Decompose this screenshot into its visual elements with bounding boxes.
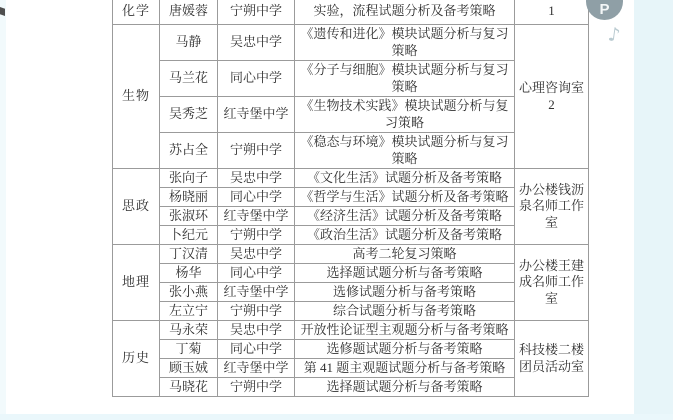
topic-cell: 《分子与细胞》模块试题分析与复习策略 bbox=[295, 61, 515, 97]
school-cell: 同心中学 bbox=[218, 61, 295, 97]
teacher-name-cell: 张淑环 bbox=[160, 207, 218, 226]
school-cell: 红寺堡中学 bbox=[218, 207, 295, 226]
topic-cell: 《遗传和进化》模块试题分析与复习策略 bbox=[295, 25, 515, 61]
location-cell: 1 bbox=[515, 0, 589, 25]
table-row: 地理丁汉清吴忠中学高考二轮复习策略办公楼王建成名师工作室 bbox=[113, 245, 589, 264]
school-cell: 红寺堡中学 bbox=[218, 97, 295, 133]
teacher-name-cell: 马静 bbox=[160, 25, 218, 61]
table-row: 生物马静吴忠中学《遗传和进化》模块试题分析与复习策略心理咨询室 2 bbox=[113, 25, 589, 61]
topic-cell: 综合试题分析与备考策略 bbox=[295, 302, 515, 321]
topic-cell: 高考二轮复习策略 bbox=[295, 245, 515, 264]
topic-cell: 《哲学与生活》试题分析及备考策略 bbox=[295, 188, 515, 207]
photo-viewer-badge-icon[interactable]: P bbox=[586, 0, 623, 20]
school-cell: 吴忠中学 bbox=[218, 169, 295, 188]
page-bottom-margin bbox=[0, 414, 673, 420]
school-cell: 宁朔中学 bbox=[218, 302, 295, 321]
school-cell: 宁朔中学 bbox=[218, 378, 295, 397]
subject-cell: 地理 bbox=[113, 245, 160, 321]
topic-cell: 《稳态与环境》模块试题分析与复习策略 bbox=[295, 133, 515, 169]
topic-cell: 《经济生活》试题分析及备考策略 bbox=[295, 207, 515, 226]
location-cell: 办公楼钱沥泉名师工作室 bbox=[515, 169, 589, 245]
teacher-name-cell: 唐媛蓉 bbox=[160, 0, 218, 25]
teacher-name-cell: 顾玉娀 bbox=[160, 359, 218, 378]
location-cell: 办公楼王建成名师工作室 bbox=[515, 245, 589, 321]
topic-cell: 《文化生活》试题分析及备考策略 bbox=[295, 169, 515, 188]
topic-cell: 《政治生活》试题分析及备考策略 bbox=[295, 226, 515, 245]
teacher-name-cell: 丁菊 bbox=[160, 340, 218, 359]
school-cell: 吴忠中学 bbox=[218, 245, 295, 264]
topic-cell: 《生物技术实践》模块试题分析与复习策略 bbox=[295, 97, 515, 133]
topic-cell: 选修题试题分析与备考策略 bbox=[295, 340, 515, 359]
teacher-name-cell: 杨晓丽 bbox=[160, 188, 218, 207]
school-cell: 吴忠中学 bbox=[218, 321, 295, 340]
school-cell: 同心中学 bbox=[218, 264, 295, 283]
school-cell: 同心中学 bbox=[218, 188, 295, 207]
table-row: 化学唐媛蓉宁朔中学实验，流程试题分析及备考策略1 bbox=[113, 0, 589, 25]
teacher-name-cell: 左立宁 bbox=[160, 302, 218, 321]
teacher-name-cell: 卜纪元 bbox=[160, 226, 218, 245]
topic-cell: 开放性论证型主观题分析与备考策略 bbox=[295, 321, 515, 340]
school-cell: 吴忠中学 bbox=[218, 25, 295, 61]
school-cell: 宁朔中学 bbox=[218, 133, 295, 169]
location-cell: 心理咨询室 2 bbox=[515, 25, 589, 169]
school-cell: 同心中学 bbox=[218, 340, 295, 359]
exam-review-schedule-table: 化学唐媛蓉宁朔中学实验，流程试题分析及备考策略1生物马静吴忠中学《遗传和进化》模… bbox=[112, 0, 589, 397]
location-cell: 科技楼二楼团员活动室 bbox=[515, 321, 589, 397]
teacher-name-cell: 杨华 bbox=[160, 264, 218, 283]
topic-cell: 实验，流程试题分析及备考策略 bbox=[295, 0, 515, 25]
teacher-name-cell: 丁汉清 bbox=[160, 245, 218, 264]
subject-cell: 生物 bbox=[113, 25, 160, 169]
page-left-margin bbox=[0, 0, 6, 420]
page-right-margin bbox=[634, 0, 673, 420]
topic-cell: 第 41 题主观题试题分析与备考策略 bbox=[295, 359, 515, 378]
teacher-name-cell: 苏占全 bbox=[160, 133, 218, 169]
subject-cell: 化学 bbox=[113, 0, 160, 25]
topic-cell: 选修试题分析与备考策略 bbox=[295, 283, 515, 302]
subject-cell: 思政 bbox=[113, 169, 160, 245]
teacher-name-cell: 马永荣 bbox=[160, 321, 218, 340]
teacher-name-cell: 马兰花 bbox=[160, 61, 218, 97]
topic-cell: 选择题试题分析与备考策略 bbox=[295, 378, 515, 397]
table-row: 历史马永荣吴忠中学开放性论证型主观题分析与备考策略科技楼二楼团员活动室 bbox=[113, 321, 589, 340]
school-cell: 宁朔中学 bbox=[218, 226, 295, 245]
music-note-icon: ♪ bbox=[607, 23, 622, 46]
school-cell: 宁朔中学 bbox=[218, 0, 295, 25]
table-row: 思政张向子吴忠中学《文化生活》试题分析及备考策略办公楼钱沥泉名师工作室 bbox=[113, 169, 589, 188]
subject-cell: 历史 bbox=[113, 321, 160, 397]
school-cell: 红寺堡中学 bbox=[218, 283, 295, 302]
school-cell: 红寺堡中学 bbox=[218, 359, 295, 378]
teacher-name-cell: 张小燕 bbox=[160, 283, 218, 302]
teacher-name-cell: 吴秀芝 bbox=[160, 97, 218, 133]
teacher-name-cell: 马晓花 bbox=[160, 378, 218, 397]
teacher-name-cell: 张向子 bbox=[160, 169, 218, 188]
topic-cell: 选择题试题分析与备考策略 bbox=[295, 264, 515, 283]
